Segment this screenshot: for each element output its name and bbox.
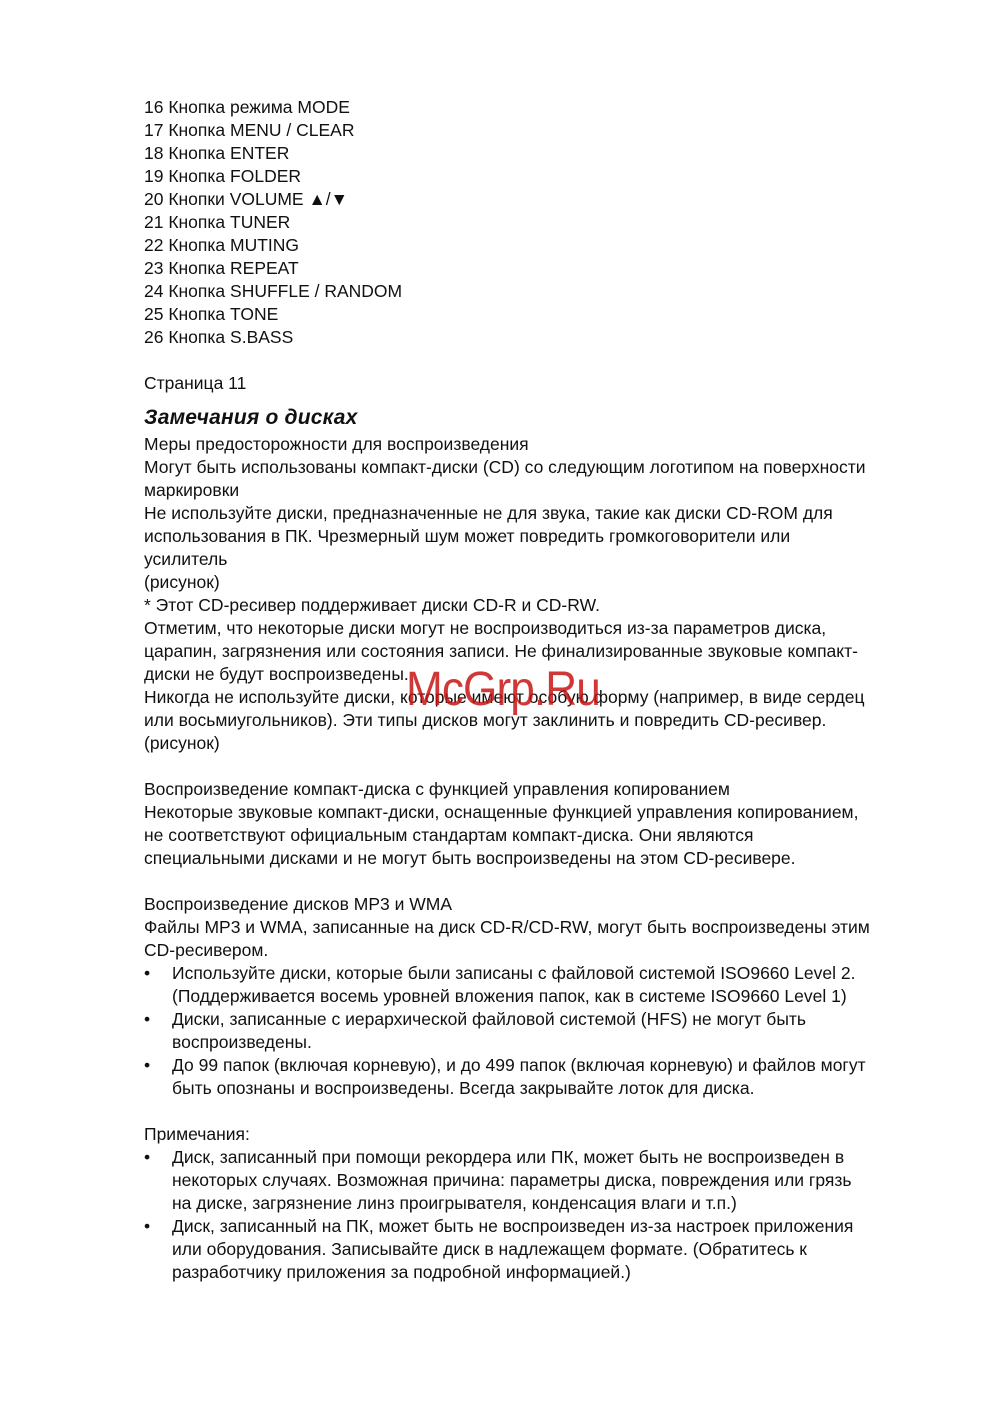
spacer: [144, 1100, 934, 1123]
button-list-item: 21 Кнопка TUNER: [144, 211, 934, 234]
button-list: 16 Кнопка режима MODE 17 Кнопка MENU / C…: [144, 96, 934, 349]
bullet-line: (Поддерживается восемь уровней вложения …: [172, 985, 934, 1008]
section-copy-control: Воспроизведение компакт-диска с функцией…: [144, 778, 934, 870]
spacer: [144, 755, 934, 778]
paragraph-line: Отметим, что некоторые диски могут не во…: [144, 617, 934, 640]
bullet-icon: •: [144, 1008, 164, 1031]
spacer: [144, 349, 934, 372]
paragraph-line: CD-ресивером.: [144, 939, 934, 962]
button-list-item: 26 Кнопка S.BASS: [144, 326, 934, 349]
button-list-item: 25 Кнопка TONE: [144, 303, 934, 326]
paragraph-line: Могут быть использованы компакт-диски (C…: [144, 456, 934, 479]
button-list-item: 24 Кнопка SHUFFLE / RANDOM: [144, 280, 934, 303]
paragraph-line: усилитель: [144, 548, 934, 571]
paragraph-line: Меры предосторожности для воспроизведени…: [144, 433, 934, 456]
paragraph-line: Файлы MP3 и WMA, записанные на диск CD-R…: [144, 916, 934, 939]
bullet-line: Диски, записанные с иерархической файлов…: [172, 1008, 934, 1031]
bullet-icon: •: [144, 962, 164, 985]
bullet-line: До 99 папок (включая корневую), и до 499…: [172, 1054, 934, 1077]
subsection-title: Воспроизведение дисков MP3 и WMA: [144, 893, 934, 916]
button-list-item: 20 Кнопки VOLUME ▲/▼: [144, 188, 934, 211]
bullet-item: • До 99 папок (включая корневую), и до 4…: [144, 1054, 934, 1100]
page-label: Страница 11: [144, 372, 934, 395]
button-list-item: 23 Кнопка REPEAT: [144, 257, 934, 280]
button-list-item: 16 Кнопка режима MODE: [144, 96, 934, 119]
paragraph-line: Не используйте диски, предназначенные не…: [144, 502, 934, 525]
subsection-title: Воспроизведение компакт-диска с функцией…: [144, 778, 934, 801]
button-list-item: 19 Кнопка FOLDER: [144, 165, 934, 188]
paragraph-line: Никогда не используйте диски, которые им…: [144, 686, 934, 709]
paragraph-line: * Этот CD-ресивер поддерживает диски CD-…: [144, 594, 934, 617]
bullet-line: Используйте диски, которые были записаны…: [172, 962, 934, 985]
bullet-icon: •: [144, 1146, 164, 1169]
bullet-icon: •: [144, 1215, 164, 1238]
paragraph-line: не соответствуют официальным стандартам …: [144, 824, 934, 847]
bullet-line: некоторых случаях. Возможная причина: па…: [172, 1169, 934, 1192]
bullet-line: Диск, записанный при помощи рекордера ил…: [172, 1146, 934, 1169]
bullet-line: или оборудования. Записывайте диск в над…: [172, 1238, 934, 1261]
bullet-item: • Диск, записанный на ПК, может быть не …: [144, 1215, 934, 1284]
figure-placeholder: (рисунок): [144, 571, 934, 594]
bullet-icon: •: [144, 1054, 164, 1077]
paragraph-line: использования в ПК. Чрезмерный шум может…: [144, 525, 934, 548]
paragraph-line: царапин, загрязнения или состояния запис…: [144, 640, 934, 663]
figure-placeholder: (рисунок): [144, 732, 934, 755]
bullet-line: разработчику приложения за подробной инф…: [172, 1261, 934, 1284]
paragraph-line: диски не будут воспроизведены.: [144, 663, 934, 686]
document-page: 16 Кнопка режима MODE 17 Кнопка MENU / C…: [144, 96, 934, 1284]
bullet-line: воспроизведены.: [172, 1031, 934, 1054]
button-list-item: 22 Кнопка MUTING: [144, 234, 934, 257]
button-list-item: 18 Кнопка ENTER: [144, 142, 934, 165]
notes-title: Примечания:: [144, 1123, 934, 1146]
bullet-line: на диске, загрязнение линз проигрывателя…: [172, 1192, 934, 1215]
bullet-item: • Используйте диски, которые были записа…: [144, 962, 934, 1008]
section-heading: Замечания о дисках: [144, 404, 934, 432]
paragraph-line: или восьмиугольников). Эти типы дисков м…: [144, 709, 934, 732]
section-mp3-wma: Воспроизведение дисков MP3 и WMA Файлы M…: [144, 893, 934, 1100]
bullet-item: • Диски, записанные с иерархической файл…: [144, 1008, 934, 1054]
paragraph-line: маркировки: [144, 479, 934, 502]
paragraph-line: Некоторые звуковые компакт-диски, оснаще…: [144, 801, 934, 824]
bullet-line: быть опознаны и воспроизведены. Всегда з…: [172, 1077, 934, 1100]
paragraph-line: специальными дисками и не могут быть вос…: [144, 847, 934, 870]
bullet-line: Диск, записанный на ПК, может быть не во…: [172, 1215, 934, 1238]
section-notes: Примечания: • Диск, записанный при помощ…: [144, 1123, 934, 1284]
spacer: [144, 870, 934, 893]
button-list-item: 17 Кнопка MENU / CLEAR: [144, 119, 934, 142]
bullet-item: • Диск, записанный при помощи рекордера …: [144, 1146, 934, 1215]
section-playback-precautions: Меры предосторожности для воспроизведени…: [144, 433, 934, 755]
